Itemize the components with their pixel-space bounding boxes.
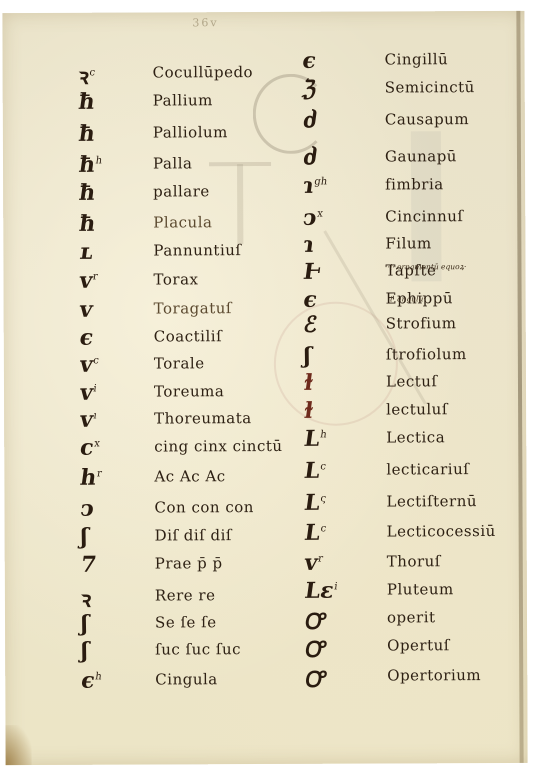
latin-word: Placula — [153, 213, 212, 231]
tironian-note-glyph: ϵ — [301, 48, 318, 74]
page-edge — [516, 11, 523, 763]
latin-word: Pluteum — [387, 580, 454, 598]
latin-word: cing cinx cinctū — [154, 437, 282, 456]
tironian-note: ħ — [78, 211, 98, 237]
tironian-note-superscript: c — [92, 355, 99, 366]
latin-word: Rere re — [155, 586, 216, 604]
latin-word: Cingillū — [385, 50, 449, 68]
tironian-note: vr — [303, 550, 324, 576]
tironian-note-glyph: Ⱶ — [302, 259, 323, 285]
tironian-note-glyph: ʃ — [79, 638, 90, 664]
latin-word: Gaunapū — [385, 147, 457, 165]
tironian-note: vi — [78, 380, 98, 406]
tironian-note: Lh — [302, 426, 327, 452]
gloss-ephippium: ·i· angulū· — [388, 294, 426, 303]
tironian-note-glyph: ꝛ — [79, 587, 93, 613]
tironian-note: ʟ — [78, 239, 95, 265]
tironian-note-glyph: Lɛ — [303, 578, 335, 604]
tironian-note: ꝛc — [77, 61, 97, 91]
tironian-note-glyph: 7 — [79, 552, 98, 578]
ghost-circle — [274, 301, 399, 426]
tironian-note-superscript: x — [93, 438, 100, 449]
tironian-note: Ⱶ — [302, 259, 323, 285]
latin-word: Lectiſternū — [386, 492, 477, 510]
tironian-note-glyph: ϵ — [78, 325, 95, 351]
latin-word: Torax — [153, 270, 198, 288]
folio-number: 36v — [192, 16, 218, 29]
tironian-note-glyph: h — [79, 465, 99, 491]
latin-word: Strofium — [386, 314, 457, 332]
tironian-note-glyph: Ꝍ — [303, 637, 327, 663]
tironian-note: ↄ — [79, 496, 96, 522]
latin-word: operit — [387, 608, 436, 626]
tironian-note: Ꝍ — [303, 664, 328, 694]
latin-word: Semicinctū — [385, 78, 475, 96]
latin-word: Filum — [385, 234, 431, 252]
ghost-letter-t-stem — [237, 164, 243, 244]
tironian-note: ϵh — [80, 668, 103, 694]
tironian-note: ϵ — [301, 48, 318, 74]
latin-word: Lecticocessiū — [387, 522, 496, 540]
gloss-tapete: ·i· ornamentū equoꝝ· — [387, 262, 466, 272]
tironian-note-superscript: gh — [314, 176, 328, 187]
latin-word: Con con con — [154, 498, 253, 516]
tironian-note-superscript: i — [334, 581, 339, 592]
latin-word: Thoruſ — [387, 552, 441, 570]
tironian-note: v — [78, 297, 94, 323]
tironian-note: ʃ — [79, 611, 90, 637]
tironian-note: ħ — [77, 121, 97, 147]
tironian-note-glyph: ძ — [301, 145, 319, 171]
tironian-note-glyph: ħ — [78, 211, 98, 237]
latin-word: Toragatuſ — [154, 299, 232, 317]
tironian-note: Lc — [303, 458, 328, 484]
manuscript-page: 36v ꝛcCocullūpedoħPalliumħPalliolumħhPal… — [2, 11, 527, 765]
tironian-note: ħh — [77, 152, 103, 178]
latin-word: Coactiliſ — [154, 327, 222, 345]
latin-word: lecticariuſ — [386, 460, 469, 478]
tironian-note-glyph: ɿ — [302, 232, 316, 258]
tironian-note-superscript: ς — [320, 493, 327, 504]
tironian-note: ɿ — [302, 232, 316, 258]
tironian-note: Lc — [303, 520, 328, 546]
tironian-note-superscript: c — [320, 461, 327, 472]
tironian-note: ħ — [77, 180, 97, 206]
tironian-note-superscript: r — [92, 271, 98, 282]
latin-word: Diſ diſ diſ — [155, 526, 232, 544]
corner-stain — [5, 725, 31, 765]
latin-word: pallare — [153, 182, 210, 200]
tironian-note-glyph: Ꝍ — [303, 667, 327, 693]
tironian-note-superscript: i — [93, 383, 98, 394]
tironian-note: Lɛi — [303, 578, 339, 604]
latin-word: ſuc ſuc ſuc — [155, 640, 241, 658]
tironian-note-glyph: ħ — [77, 89, 97, 115]
tironian-note-superscript: x — [316, 208, 323, 219]
tironian-note: cx — [78, 435, 101, 461]
tironian-note: ɿgh — [301, 173, 328, 199]
tironian-note-superscript: h — [319, 429, 327, 440]
tironian-note: vr — [78, 268, 99, 294]
tironian-note-superscript: h — [95, 155, 103, 166]
tironian-note: Lς — [303, 490, 328, 516]
latin-word: fimbria — [385, 175, 444, 193]
tironian-note-superscript: c — [89, 67, 96, 78]
latin-word: Ac Ac Ac — [154, 467, 225, 485]
tironian-note: Ꝍ — [303, 606, 328, 636]
latin-word: Cocullūpedo — [153, 63, 254, 81]
tironian-note-glyph: ʟ — [78, 239, 95, 265]
latin-word: Lectica — [386, 428, 445, 446]
tironian-note-glyph: ħ — [77, 180, 97, 206]
tironian-note: ħ — [77, 89, 97, 115]
tironian-note: hr — [79, 465, 103, 491]
latin-word: Se ſe ſe — [155, 613, 217, 631]
latin-word: Palliolum — [153, 123, 228, 141]
tironian-note: ϵ — [78, 325, 95, 351]
latin-word: Opertuſ — [387, 636, 450, 654]
tironian-note-glyph: ʃ — [79, 524, 90, 550]
latin-word: lectuluſ — [386, 400, 448, 418]
tironian-note-glyph: ħ — [77, 121, 97, 147]
tironian-note: ꝛ — [79, 584, 94, 614]
tironian-note: ძ — [301, 145, 319, 171]
latin-word: Cingula — [155, 670, 218, 688]
latin-word: Torale — [154, 354, 205, 372]
tironian-note-glyph: ↄ — [79, 496, 96, 522]
tironian-note-superscript: c — [320, 523, 327, 534]
tironian-note: vc — [78, 352, 100, 378]
tironian-note-superscript: r — [317, 553, 323, 564]
latin-word: Pannuntiuſ — [153, 241, 241, 259]
latin-word: Pallium — [153, 91, 213, 109]
tironian-note: Ꝍ — [303, 634, 328, 664]
latin-word: Opertorium — [387, 666, 481, 684]
tironian-note-superscript: ı — [93, 410, 98, 421]
latin-word: Causapum — [385, 110, 469, 128]
tironian-note-superscript: r — [96, 468, 102, 479]
tironian-note: 7 — [79, 552, 98, 578]
latin-word: Prae p̄ p̄ — [155, 554, 223, 572]
tironian-note: ↄx — [301, 205, 324, 231]
tironian-note-glyph: v — [78, 297, 94, 323]
tironian-note-superscript: h — [94, 671, 102, 682]
tironian-note-glyph: Ꝍ — [303, 609, 327, 635]
latin-word: Palla — [153, 154, 192, 172]
latin-word: Lectuſ — [386, 372, 438, 390]
latin-word: Toreuma — [154, 382, 224, 400]
tironian-note: ʃ — [79, 638, 90, 664]
latin-word: ſtrofiolum — [386, 345, 467, 363]
tironian-note: vı — [78, 407, 98, 433]
latin-word: Thoreumata — [154, 409, 252, 427]
tironian-note-glyph: ʃ — [79, 611, 90, 637]
latin-word: Cincinnuſ — [385, 207, 463, 225]
tironian-note: ʃ — [79, 524, 90, 550]
tironian-note-glyph: ħ — [77, 152, 97, 178]
